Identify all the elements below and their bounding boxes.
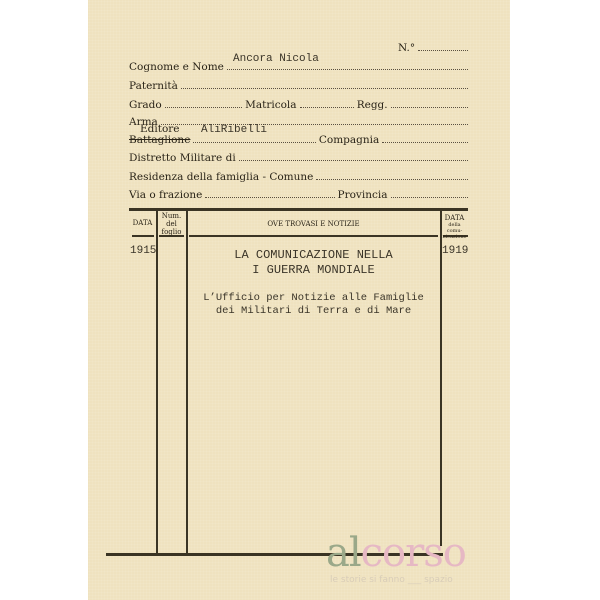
entry-subtitle: L’Ufficio per Notizie alle Famiglie dei … [187, 292, 440, 318]
number-field: N.° [398, 40, 468, 54]
header-notizie: OVE TROVASI E NOTIZIE [187, 220, 440, 228]
table-top-rule [129, 208, 468, 211]
via-row: Via o frazione Provincia [129, 187, 468, 201]
arma-field: Arma [129, 114, 468, 128]
header-data: DATA [129, 219, 156, 227]
residenza-field: Residenza della famiglia - Comune [129, 169, 468, 183]
logo-tagline: le storie si fanno ___ spazio [330, 575, 453, 585]
cognome-nome-value: Ancora Nicola [233, 53, 319, 65]
header-data-comunicazione-sub: della comu- nicazione [441, 222, 468, 240]
paternita-field: Paternità [129, 78, 468, 92]
start-year: 1915 [130, 245, 156, 257]
alcorso-logo: alcorso [326, 530, 466, 576]
records-table: DATA Num. del foglio OVE TROVASI E NOTIZ… [129, 208, 468, 554]
distretto-field: Distretto Militare di [129, 150, 468, 164]
end-year: 1919 [442, 245, 468, 257]
entry-title: LA COMUNICAZIONE NELLA I GUERRA MONDIALE [187, 248, 440, 278]
grado-row: Grado Matricola Regg. [129, 97, 468, 111]
header-data-comunicazione: DATA [441, 214, 468, 222]
number-label: N.° [398, 42, 418, 54]
book-cover-page: N.° Cognome e Nome Ancora Nicola Paterni… [88, 0, 510, 600]
header-num-foglio: Num. del foglio [157, 212, 186, 236]
battaglione-row: Battaglione Compagnia [129, 132, 468, 146]
